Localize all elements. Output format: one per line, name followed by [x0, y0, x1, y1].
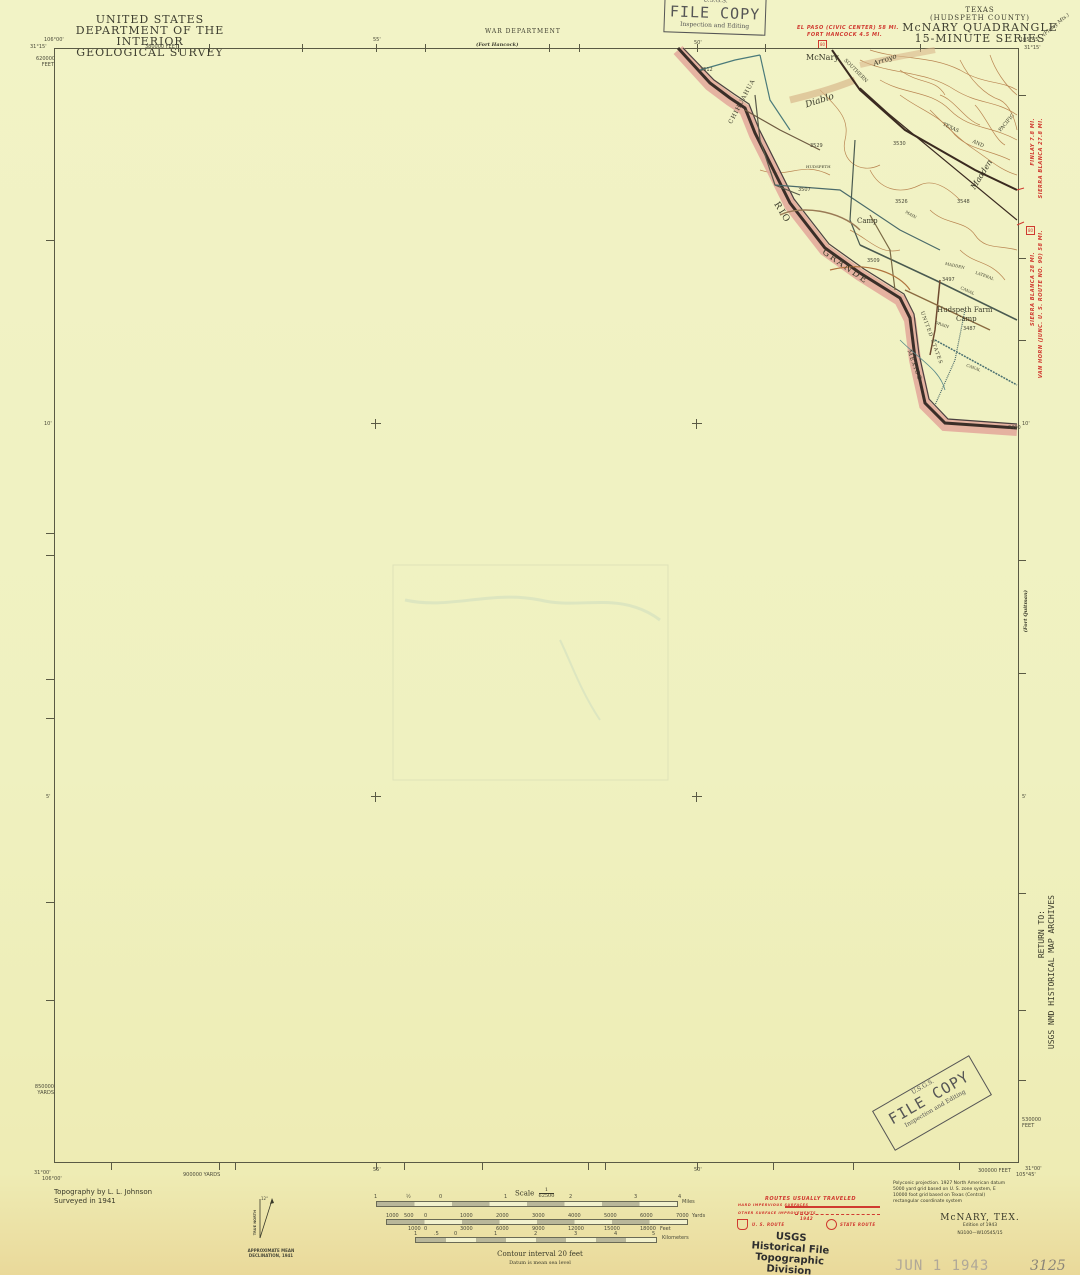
- scale-yards-tick: 6000: [640, 1213, 653, 1219]
- index-code: N3100—W10545/15: [925, 1231, 1035, 1236]
- legend-year: 1942: [800, 1216, 813, 1221]
- elevation-3530: 3530: [893, 141, 906, 147]
- road-destination-sierra-blanca-1: SIERRA BLANCA 27.8 MI.: [1038, 118, 1044, 198]
- survey-date: Surveyed in 1941: [54, 1197, 152, 1206]
- scale-bar-yards: [386, 1219, 688, 1225]
- scale-feet-label: Feet: [660, 1226, 671, 1232]
- scale-label: Scale 1 62500: [515, 1188, 554, 1199]
- true-north-label: TRUE NORTH: [253, 1210, 257, 1235]
- scale-km-tick: 2: [534, 1231, 537, 1237]
- scale-km-tick: 0: [454, 1231, 457, 1237]
- other-surface-line: [795, 1214, 880, 1215]
- state-route-label: STATE ROUTE: [840, 1222, 876, 1227]
- scale-word: Scale: [515, 1190, 534, 1198]
- scale-feet-tick: 3000: [460, 1226, 473, 1232]
- credits-block: Topography by L. L. Johnson Surveyed in …: [54, 1188, 152, 1206]
- elevation-3548: 3548: [957, 199, 970, 205]
- handwritten-number: 3125: [1030, 1258, 1066, 1274]
- elevation-3490: 3490: [1008, 425, 1021, 431]
- scale-yards-tick: 7000: [676, 1213, 689, 1219]
- scale-yards-tick: 1000: [460, 1213, 473, 1219]
- elevation-3487: 3487: [963, 326, 976, 332]
- topography-credit: Topography by L. L. Johnson: [54, 1188, 152, 1197]
- scale-yards-tick: 5000: [604, 1213, 617, 1219]
- elevation-3509: 3509: [867, 258, 880, 264]
- contour-note: Contour interval 20 feet Datum is mean s…: [460, 1250, 620, 1268]
- place-label-camp-2: Camp: [956, 315, 977, 323]
- hard-surface-line: [785, 1206, 880, 1208]
- scale-km-label: Kilometers: [662, 1235, 689, 1241]
- scale-yards-tick: 500: [404, 1213, 414, 1219]
- road-destination-van-horn: VAN HORN (JUNC. U. S. ROUTE NO. 90) 58 M…: [1038, 230, 1044, 378]
- scale-km-tick: 4: [614, 1231, 617, 1237]
- fort-quitman-label: (Fort Quitman): [1023, 590, 1029, 632]
- us-route-shield-icon: 80: [1026, 226, 1035, 235]
- scale-feet-tick: 6000: [496, 1226, 509, 1232]
- elevation-3497: 3497: [942, 277, 955, 283]
- scale-yards-tick: 2000: [496, 1213, 509, 1219]
- scale-km-tick: 3: [574, 1231, 577, 1237]
- scale-miles-label: Miles: [682, 1199, 695, 1205]
- scale-miles-tick: 3: [634, 1194, 637, 1200]
- state-route-circle-icon: [826, 1219, 837, 1230]
- scale-feet-tick: 0: [424, 1226, 427, 1232]
- us-route-label: U. S. ROUTE: [752, 1222, 785, 1227]
- projection-line-4: rectangular coordinate system: [893, 1199, 1005, 1205]
- scale-km-tick: 1: [494, 1231, 497, 1237]
- map-name-block: McNARY, TEX. Edition of 1943 N3100—W1054…: [925, 1213, 1035, 1236]
- declination-note: APPROXIMATE MEAN DECLINATION, 1941: [236, 1248, 306, 1258]
- place-label-hudspeth-farm: Hudspeth Farm: [937, 306, 992, 314]
- declination-line-2: DECLINATION, 1941: [236, 1253, 306, 1258]
- routes-legend-title: ROUTES USUALLY TRAVELED: [765, 1196, 856, 1202]
- elevation-3526: 3526: [895, 199, 908, 205]
- scale-miles-tick: 0: [439, 1194, 442, 1200]
- elevation-3529: 3529: [810, 143, 823, 149]
- return-to-label: RETURN TO:: [1037, 910, 1046, 958]
- historical-file-stamp: USGS Historical File Topographic Divisio…: [739, 1229, 842, 1275]
- us-route-shield-icon: [737, 1219, 748, 1230]
- map-name: McNARY, TEX.: [925, 1213, 1035, 1223]
- canal-label-hudspeth: HUDSPETH: [806, 164, 831, 169]
- scale-bar-miles: [376, 1201, 678, 1207]
- scale-yards-tick: 3000: [532, 1213, 545, 1219]
- scale-miles-tick: 1: [374, 1194, 377, 1200]
- road-destination-finlay: FINLAY 7.8 MI.: [1030, 118, 1036, 166]
- elevation-3507: 3507: [798, 187, 811, 193]
- datum-note: Datum is mean sea level: [460, 1259, 620, 1268]
- date-received-stamp: JUN 1 1943: [895, 1258, 989, 1274]
- scale-km-tick: 5: [652, 1231, 655, 1237]
- scale-miles-tick: 1: [504, 1194, 507, 1200]
- file-copy-stamp-top: U.S.G.S. FILE COPY Inspection and Editin…: [663, 0, 766, 36]
- elevation-3512: 3512: [700, 67, 713, 73]
- scale-denominator: 62500: [539, 1194, 555, 1199]
- edition-label: Edition of 1943: [925, 1223, 1035, 1228]
- scale-feet-tick: 15000: [604, 1226, 620, 1232]
- place-label-mcnary: McNary: [806, 53, 839, 62]
- scale-miles-tick: 4: [678, 1194, 681, 1200]
- road-destination-sierra-blanca-2: SIERRA BLANCA 28 MI.: [1030, 252, 1036, 326]
- archives-label: USGS NMD HISTORICAL MAP ARCHIVES: [1047, 895, 1056, 1049]
- scale-km-tick: .5: [434, 1231, 439, 1237]
- scale-yards-tick: 1000: [386, 1213, 399, 1219]
- place-label-camp: Camp: [857, 217, 878, 225]
- projection-note: Polyconic projection. 1927 North America…: [893, 1181, 1005, 1205]
- scale-km-tick: 1: [414, 1231, 417, 1237]
- scale-bar-kilometers: [415, 1237, 657, 1243]
- contour-interval: Contour interval 20 feet: [460, 1250, 620, 1259]
- scale-yards-label: Yards: [692, 1213, 705, 1219]
- scale-miles-tick: 2: [569, 1194, 572, 1200]
- scale-miles-tick: ½: [406, 1194, 411, 1200]
- declination-degrees: 12°: [261, 1196, 268, 1201]
- scale-yards-tick: 4000: [568, 1213, 581, 1219]
- scale-yards-tick: 0: [424, 1213, 427, 1219]
